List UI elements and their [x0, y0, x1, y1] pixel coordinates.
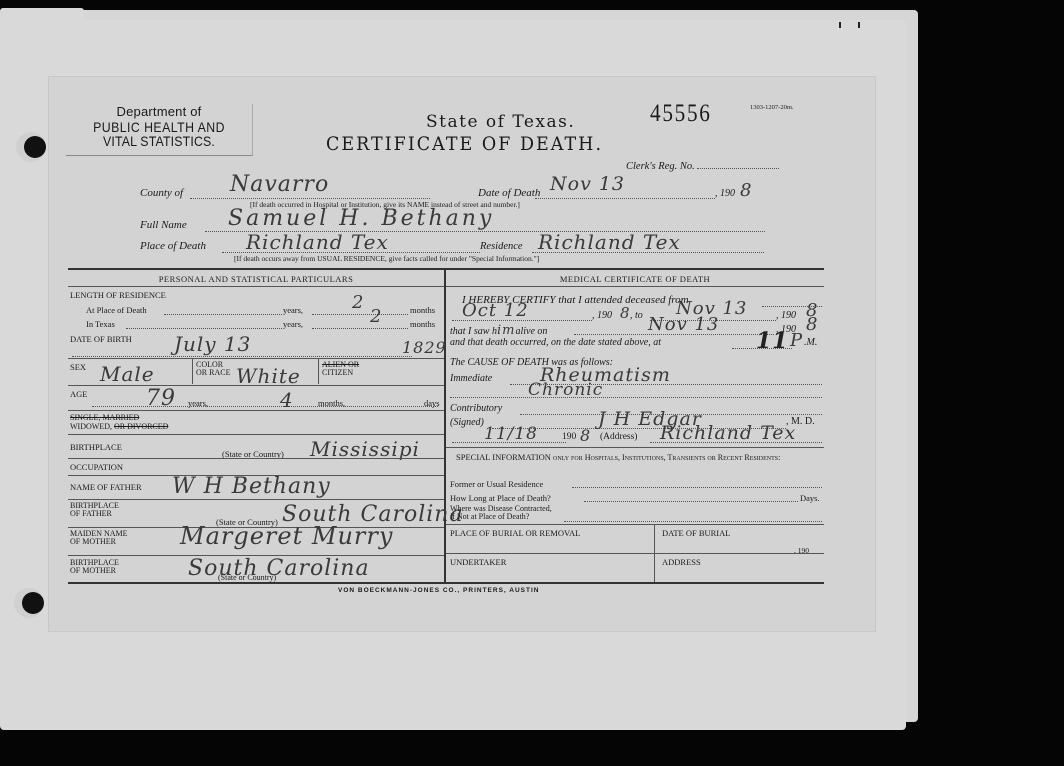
age-years-value[interactable]: 79: [146, 386, 176, 411]
saw-alive-year[interactable]: 8: [806, 314, 818, 335]
father-name-label: NAME OF FATHER: [70, 482, 142, 492]
occupation-label: OCCUPATION: [70, 462, 123, 472]
attended-from-value[interactable]: Oct 12: [462, 300, 529, 321]
special-info-title: SPECIAL INFORMATION only for Hospitals, …: [456, 453, 826, 462]
age-label: AGE: [70, 389, 87, 399]
saw-alive-fill[interactable]: im: [497, 323, 516, 338]
at-place-years-label: years,: [283, 305, 303, 315]
form-code: 1303-1207-20m.: [750, 104, 794, 111]
death-occurred-text: and that death occurred, on the date sta…: [450, 337, 661, 348]
mother-maiden-value[interactable]: Margeret Murry: [180, 522, 393, 550]
where-contracted-line: [564, 521, 822, 522]
divider: [68, 458, 444, 459]
immediate-label: Immediate: [450, 373, 492, 384]
former-residence-line: [572, 487, 822, 488]
days-label: Days.: [800, 493, 820, 503]
divider: [68, 410, 444, 411]
at-place-years-line: [164, 314, 282, 315]
address-burial-label: ADDRESS: [662, 557, 701, 567]
clerks-reg-label: Clerk's Reg. No.: [626, 161, 695, 172]
certificate-title: CERTIFICATE OF DEATH.: [326, 133, 603, 155]
in-texas-years-label: years,: [283, 319, 303, 329]
date-of-death-line: [535, 198, 715, 199]
attended-to-year-prefix: , 190: [776, 310, 796, 321]
immediate-line-2: [450, 397, 822, 398]
in-texas-label: In Texas: [86, 319, 115, 329]
in-texas-months-value[interactable]: 2: [370, 306, 382, 327]
state-title: State of Texas.: [426, 112, 575, 132]
certificate-number: 45556: [650, 100, 712, 128]
residence-value[interactable]: Richland Tex: [538, 230, 681, 254]
punch-hole-icon: [22, 592, 44, 614]
full-name-value[interactable]: Samuel H. Bethany: [228, 206, 494, 231]
age-years-label: years,: [188, 398, 208, 408]
immediate-value-2[interactable]: Chronic: [528, 380, 603, 400]
mother-birthplace-value[interactable]: South Carolina: [188, 556, 370, 581]
attended-from-year-prefix: , 190: [592, 310, 612, 321]
age-months-label: months,: [318, 398, 345, 408]
divider: [446, 553, 824, 554]
in-texas-months-line: [312, 328, 408, 329]
age-line: [92, 406, 438, 407]
at-place-label: At Place of Death: [86, 305, 147, 315]
birthplace-label: BIRTHPLACE: [70, 442, 122, 452]
staple-mark: [858, 22, 860, 28]
department-line-3: VITAL STATISTICS.: [77, 133, 241, 149]
burial-place-label: PLACE OF BURIAL OR REMOVAL: [450, 528, 580, 538]
to-label: , to: [630, 310, 643, 321]
marital-status-field: SINGLE, MARRIED WIDOWED, OR DIVORCED: [70, 413, 168, 431]
county-line: [190, 198, 430, 199]
place-of-death-label: Place of Death: [140, 240, 206, 252]
divider: [192, 358, 193, 384]
table-top-rule: [68, 268, 824, 270]
full-name-label: Full Name: [140, 219, 187, 231]
address-value[interactable]: Richland Tex: [660, 422, 796, 444]
attended-from-year[interactable]: 8: [620, 304, 631, 322]
signed-date[interactable]: 11/18: [484, 424, 538, 444]
age-months-value[interactable]: 4: [280, 388, 294, 412]
at-place-months-line: [312, 314, 408, 315]
county-label: County of: [140, 187, 183, 199]
death-time-value[interactable]: 11: [756, 328, 789, 354]
punch-hole-icon: [24, 136, 46, 158]
at-place-months-label: months: [410, 305, 435, 315]
length-of-residence-label: LENGTH OF RESIDENCE: [70, 290, 166, 300]
how-long-label: How Long at Place of Death?: [450, 493, 551, 503]
signed-year[interactable]: 8: [580, 426, 591, 445]
mother-maiden-label: MAIDEN NAMEOF MOTHER: [70, 530, 128, 546]
date-of-birth-line: [72, 356, 412, 357]
undertaker-label: UNDERTAKER: [450, 557, 506, 567]
divider: [68, 499, 444, 500]
staple-mark: [839, 22, 841, 28]
date-of-death-label: Date of Death: [478, 187, 540, 199]
divider: [68, 434, 444, 435]
date-of-birth-value[interactable]: July 13: [174, 332, 251, 356]
county-value[interactable]: Navarro: [230, 172, 329, 197]
signed-label: (Signed): [450, 417, 484, 428]
in-texas-years-line: [126, 328, 282, 329]
time-suffix: .M.: [804, 337, 817, 348]
age-days-label: days: [424, 398, 440, 408]
divider: [446, 447, 824, 448]
divider: [446, 286, 824, 287]
residence-note: [If death occurs away from USUAL RESIDEN…: [234, 254, 539, 263]
death-certificate-form: [48, 76, 876, 632]
how-long-line: [584, 501, 798, 502]
former-residence-label: Former or Usual Residence: [450, 479, 543, 489]
saw-alive-text: that I saw himalive on: [450, 323, 547, 338]
residence-label: Residence: [480, 241, 523, 252]
signed-year-prefix: 190: [562, 432, 576, 442]
marital-kept: WIDOWED,: [70, 422, 112, 431]
address-label: (Address): [600, 432, 637, 442]
saw-alive-date[interactable]: Nov 13: [648, 314, 719, 335]
personal-section-title: PERSONAL AND STATISTICAL PARTICULARS: [68, 274, 444, 284]
department-block: Department of PUBLIC HEALTH AND VITAL ST…: [66, 104, 253, 156]
marital-struck-1: SINGLE, MARRIED: [70, 413, 168, 422]
at-place-months-value[interactable]: 2: [352, 292, 364, 313]
birth-year-value[interactable]: 1829: [402, 338, 447, 357]
place-of-death-value[interactable]: Richland Tex: [246, 230, 389, 254]
date-of-death-year[interactable]: 8: [740, 180, 752, 201]
date-of-death-value[interactable]: Nov 13: [550, 173, 625, 195]
divider: [446, 524, 824, 525]
citizen-label: CITIZEN: [322, 368, 353, 377]
marital-struck-2: OR DIVORCED: [114, 422, 168, 431]
date-of-birth-label: DATE OF BIRTH: [70, 334, 132, 344]
date-of-death-year-prefix: , 190: [715, 188, 735, 199]
in-texas-months-label: months: [410, 319, 435, 329]
where-contracted-label: Where was Disease Contracted,if Not at P…: [450, 505, 552, 521]
divider: [68, 358, 444, 359]
department-line-1: Department of: [66, 104, 252, 119]
divider: [318, 358, 319, 384]
father-birthplace-label: BIRTHPLACEOF FATHER: [70, 502, 119, 518]
medical-section-title: MEDICAL CERTIFICATE OF DEATH: [446, 274, 824, 284]
column-divider: [444, 268, 446, 584]
mother-birthplace-label: BIRTHPLACEOF MOTHER: [70, 559, 119, 575]
divider: [68, 385, 444, 386]
death-meridiem[interactable]: P: [790, 330, 803, 351]
table-bottom-rule: [68, 582, 824, 584]
printer-credit: VON BOECKMANN-JONES CO., PRINTERS, AUSTI…: [338, 587, 539, 594]
clerks-reg-field: Clerk's Reg. No.: [626, 161, 822, 172]
father-name-value[interactable]: W H Bethany: [172, 474, 331, 499]
sex-value[interactable]: Male: [100, 362, 155, 386]
divider: [68, 286, 444, 287]
color-label: COLOR OR RACE: [196, 361, 236, 377]
contributory-label: Contributory: [450, 403, 502, 414]
burial-date-label: DATE OF BURIAL: [662, 528, 730, 538]
sex-label: SEX: [70, 362, 86, 372]
